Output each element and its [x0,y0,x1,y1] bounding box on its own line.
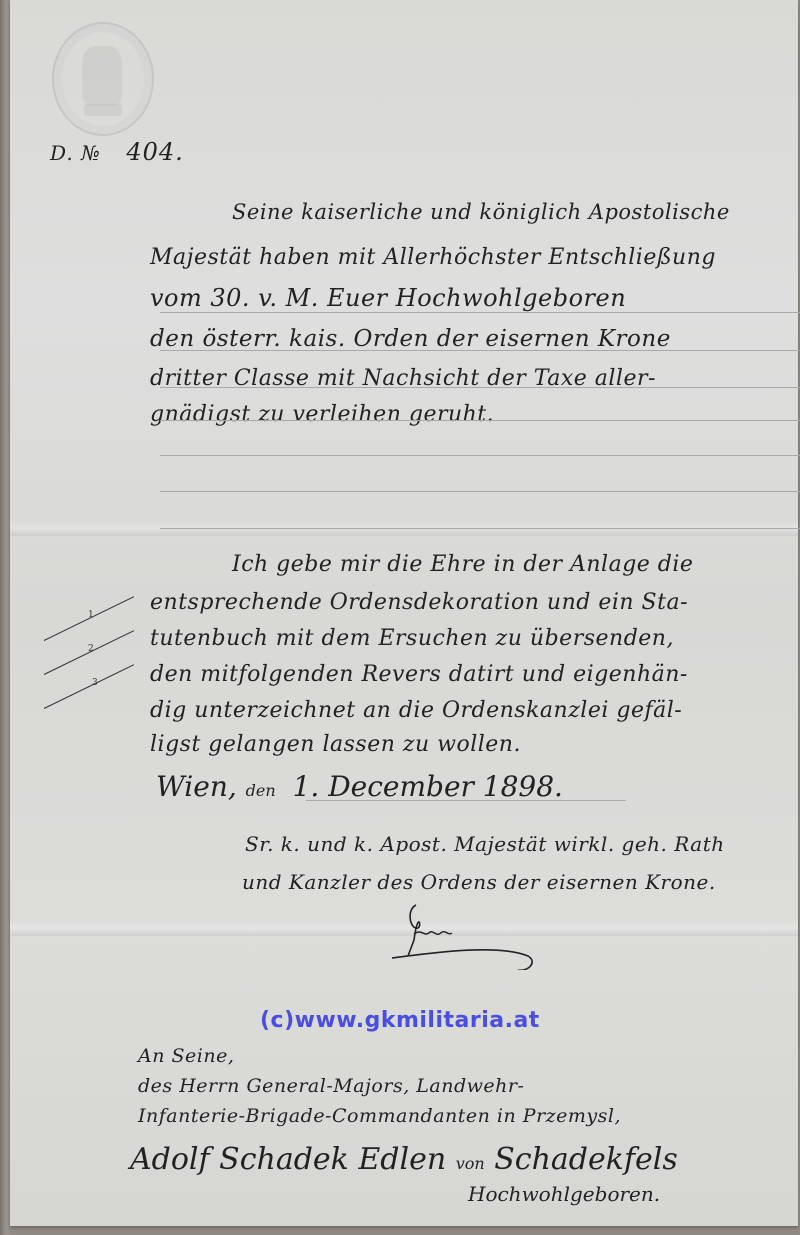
recipient-first-name: Adolf Schadek Edlen [130,1142,446,1177]
date-prefix: den [246,781,276,800]
paragraph-2-line: tutenbuch mit dem Ersuchen zu übersenden… [150,626,674,651]
date-value: 1. December 1898. [293,770,563,803]
ruled-line [160,420,800,421]
date-place: Wien, [156,770,237,803]
enclosure-mark [44,664,134,709]
enclosure-mark-label: 1 [88,610,94,620]
paragraph-2-line: den mitfolgenden Revers datirt und eigen… [150,662,688,687]
embossed-seal-icon [52,22,154,136]
paragraph-1-line: gnädigst zu verleihen geruht. [150,402,494,427]
ruled-line [160,350,800,351]
paragraph-1-line: den österr. kais. Orden der eisernen Kro… [150,326,671,352]
signatory-title-line: Sr. k. und k. Apost. Majestät wirkl. geh… [245,832,725,856]
document-page: D. № 404. Seine kaiserliche und königlic… [10,0,798,1226]
enclosure-mark-label: 3 [92,678,98,688]
paragraph-1-line: Majestät haben mit Allerhöchster Entschl… [150,245,716,270]
addressee-line: des Herrn General-Majors, Landwehr- [138,1075,524,1097]
reference-prefix: D. № [50,141,101,165]
addressee-line: Infanterie-Brigade-Commandanten in Przem… [138,1105,621,1127]
addressee-line: An Seine, [138,1045,234,1067]
crown-emblem-icon [84,104,122,116]
ruled-line [160,491,800,492]
recipient-particle: von [456,1154,485,1173]
paragraph-2-line: Ich gebe mir die Ehre in der Anlage die [232,552,693,577]
signatory-title-line: und Kanzler des Ordens der eisernen Kron… [242,870,716,894]
ruled-line [160,528,800,529]
recipient-name: Adolf Schadek Edlen von Schadekfels [130,1142,678,1177]
paragraph-1-line: Seine kaiserliche und königlich Apostoli… [232,200,730,224]
eagle-emblem-icon [82,46,122,106]
handwritten-signature-icon [388,900,548,970]
ruled-line [160,455,800,456]
recipient-honorific: Hochwohlgeboren. [468,1182,660,1206]
paragraph-1-line: vom 30. v. M. Euer Hochwohlgeboren [150,284,626,312]
reference-number: D. № 404. [50,138,184,166]
paragraph-2-line: entsprechende Ordensdekoration und ein S… [150,590,688,615]
ruled-line [160,312,800,313]
enclosure-mark-label: 2 [88,644,94,654]
paragraph-2-line: dig unterzeichnet an die Ordenskanzlei g… [150,698,682,723]
recipient-last-name: Schadekfels [494,1142,678,1177]
ruled-line [160,387,800,388]
paragraph-2-line: ligst gelangen lassen zu wollen. [150,732,521,757]
copyright-watermark: (c)www.gkmilitaria.at [260,1008,540,1033]
date-line: Wien, den 1. December 1898. [156,770,563,803]
date-underline [306,800,626,801]
reference-value: 404. [126,138,183,166]
